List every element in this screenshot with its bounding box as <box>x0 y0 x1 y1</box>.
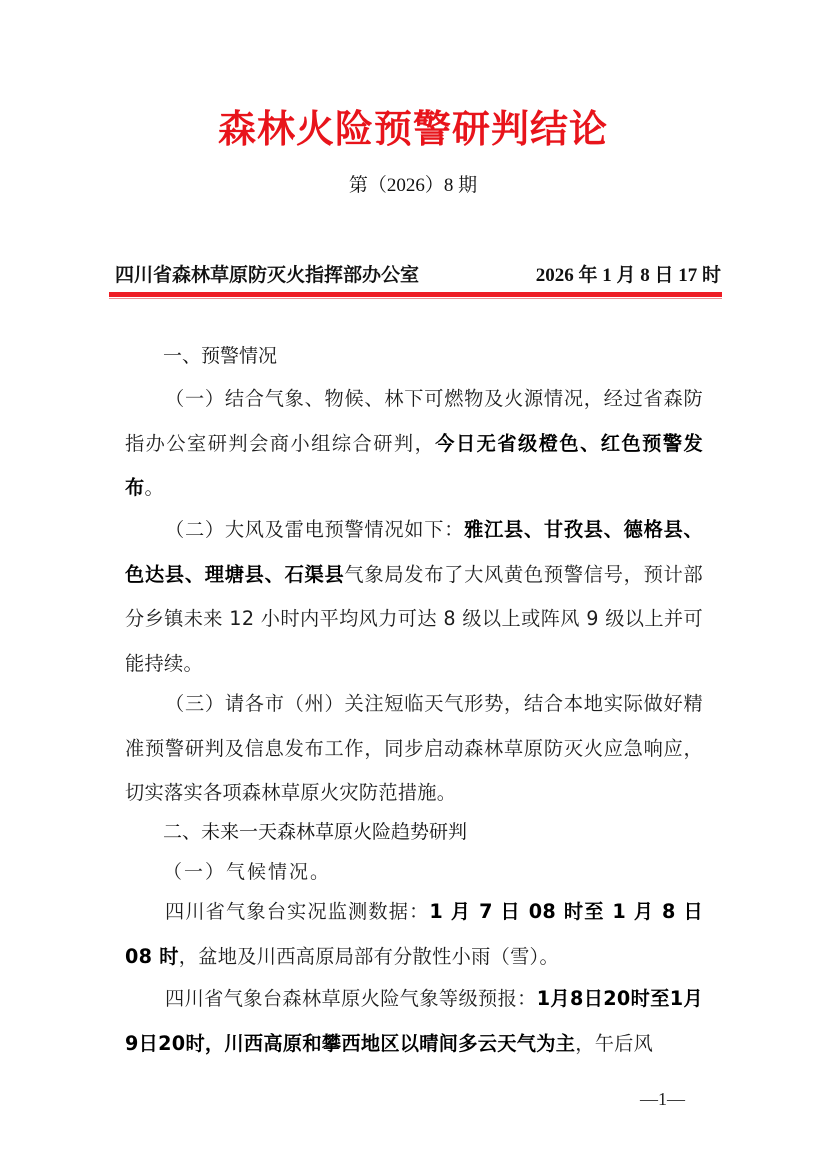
red-header-rule <box>109 292 722 297</box>
page-number: —1— <box>640 1087 685 1111</box>
section-2-subheading: （一）气候情况。 <box>163 857 331 887</box>
paragraph-text-end: ，午后风 <box>575 1032 653 1055</box>
paragraph-text: 四川省气象台实况监测数据： <box>165 900 429 923</box>
issuer-name: 四川省森林草原防灭火指挥部办公室 <box>115 261 419 291</box>
issuer-row: 四川省森林草原防灭火指挥部办公室 2026 年 1 月 8 日 17 时 <box>115 261 721 291</box>
red-header-rule-thin <box>109 298 722 299</box>
issue-date: 2026 年 1 月 8 日 17 时 <box>536 261 721 291</box>
document-page: 森林火险预警研判结论 第（2026）8 期 四川省森林草原防灭火指挥部办公室 2… <box>0 0 826 1169</box>
section-1-paragraph-1: （一）结合气象、物候、林下可燃物及火源情况，经过省森防指办公室研判会商小组综合研… <box>125 377 703 511</box>
section-2-paragraph-2: 四川省气象台森林草原火险气象等级预报：1月8日20时至1月9日20时，川西高原和… <box>125 977 703 1066</box>
section-2-paragraph-1: 四川省气象台实况监测数据：1 月 7 日 08 时至 1 月 8 日 08 时，… <box>125 890 703 979</box>
section-1-paragraph-2: （二）大风及雷电预警情况如下：雅江县、甘孜县、德格县、色达县、理塘县、石渠县气象… <box>125 508 703 686</box>
paragraph-text: 四川省气象台森林草原火险气象等级预报： <box>165 987 537 1010</box>
paragraph-text-end: 。 <box>145 476 165 499</box>
paragraph-text-end: ，盆地及川西高原局部有分散性小雨（雪）。 <box>179 945 559 968</box>
section-1-heading: 一、预警情况 <box>163 341 277 371</box>
section-2-heading: 二、未来一天森林草原火险趋势研判 <box>163 817 467 847</box>
paragraph-text: （二）大风及雷电预警情况如下： <box>165 518 464 541</box>
paragraph-text: （三）请各市（州）关注短临天气形势，结合本地实际做好精准预警研判及信息发布工作，… <box>125 692 703 804</box>
issue-number: 第（2026）8 期 <box>0 172 826 200</box>
document-title: 森林火险预警研判结论 <box>0 104 826 154</box>
section-1-paragraph-3: （三）请各市（州）关注短临天气形势，结合本地实际做好精准预警研判及信息发布工作，… <box>125 682 703 816</box>
